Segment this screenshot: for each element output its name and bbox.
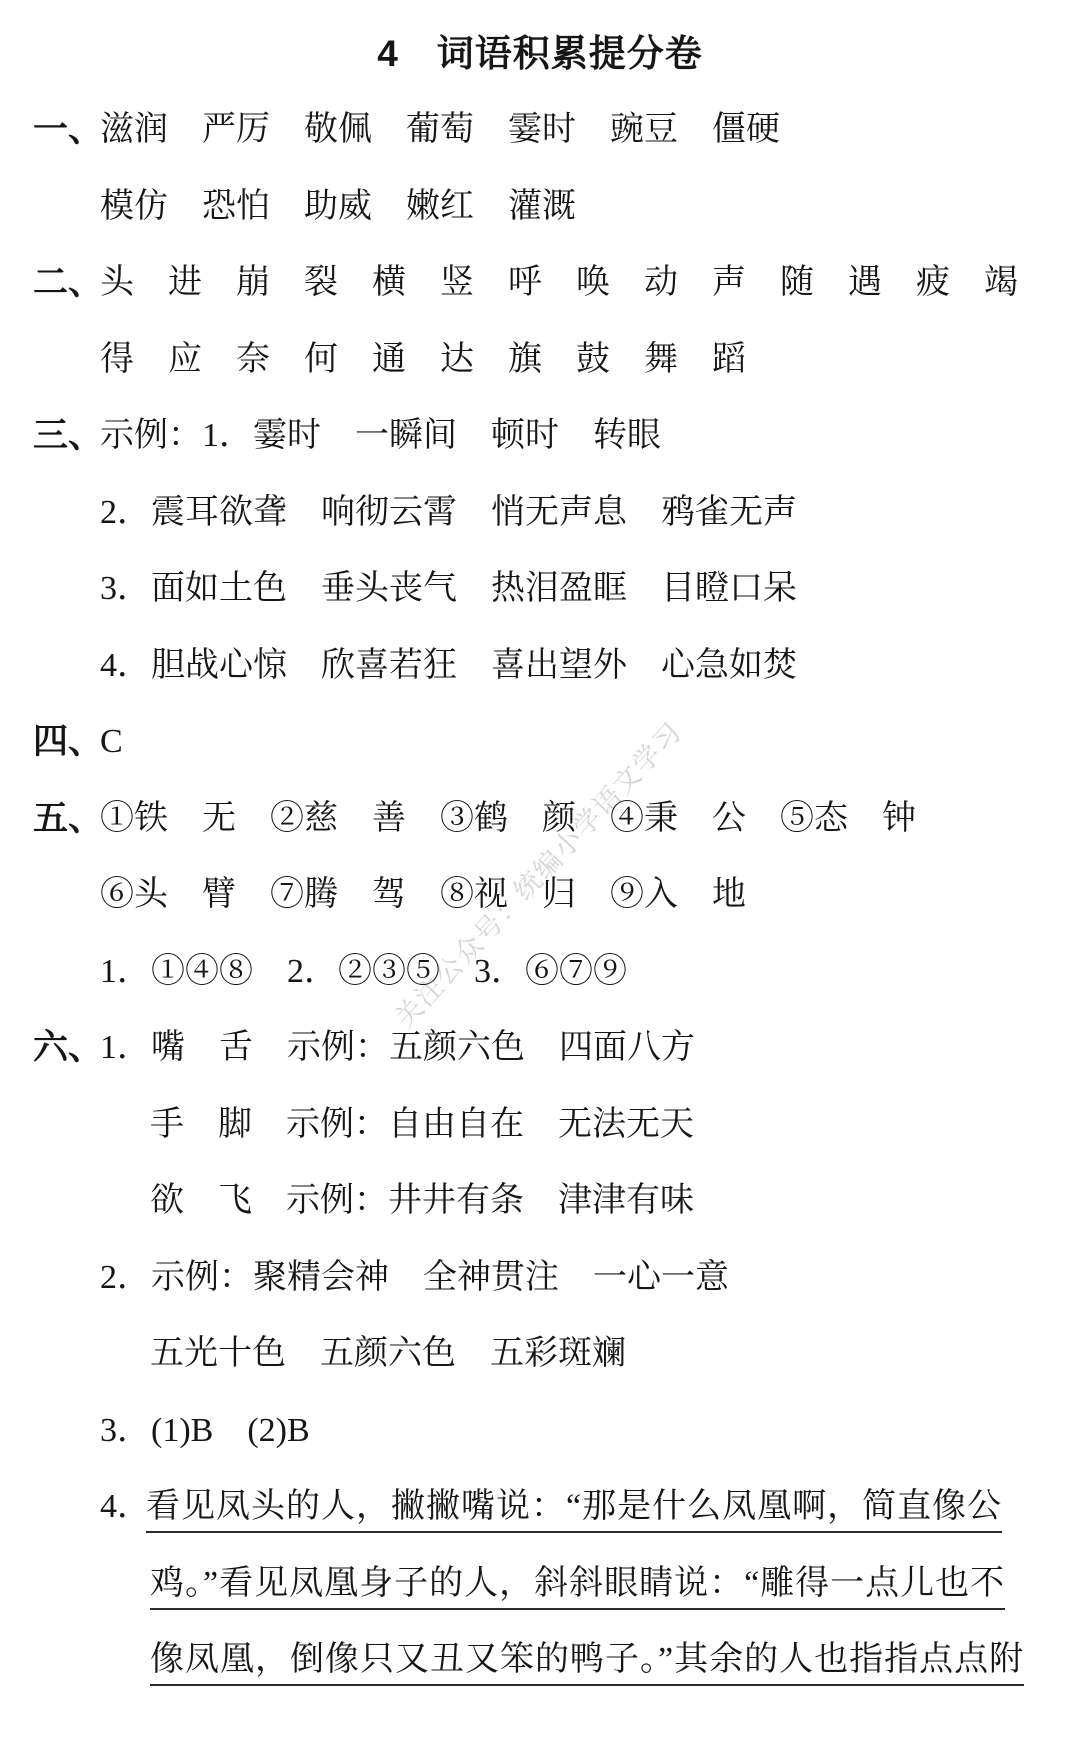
answer-line: 一、滋润 严厉 敬佩 葡萄 霎时 豌豆 僵硬 — [0, 92, 1080, 169]
line-text: C — [100, 723, 123, 760]
line-text: 头 进 崩 裂 横 竖 呼 唤 动 声 随 遇 疲 竭 — [100, 264, 1018, 301]
line-text: ①铁 无 ②慈 善 ③鹤 颜 ④秉 公 ⑤态 钟 — [100, 800, 916, 837]
answer-line: 4．胆战心惊 欣喜若狂 喜出望外 心急如焚 — [0, 628, 1080, 705]
line-text: 鸡。”看见凤凰身子的人，斜斜眼睛说：“雕得一点儿也不 — [150, 1565, 1005, 1610]
line-text: 1．嘴 舌 示例：五颜六色 四面八方 — [100, 1029, 695, 1066]
section-marker: 六、 — [33, 1010, 103, 1087]
answer-line: 五、①铁 无 ②慈 善 ③鹤 颜 ④秉 公 ⑤态 钟 — [0, 781, 1080, 858]
answer-line: ⑥头 臂 ⑦腾 驾 ⑧视 归 ⑨入 地 — [0, 857, 1080, 934]
answer-line: 得 应 奈 何 通 达 旗 鼓 舞 蹈 — [0, 322, 1080, 399]
answer-line: 3．(1)B (2)B — [0, 1393, 1080, 1470]
answer-line: 3．面如土色 垂头丧气 热泪盈眶 目瞪口呆 — [0, 551, 1080, 628]
answer-line: 手 脚 示例：自由自在 无法无天 — [0, 1087, 1080, 1164]
answer-line: 2．震耳欲聋 响彻云霄 悄无声息 鸦雀无声 — [0, 475, 1080, 552]
section-marker: 五、 — [33, 781, 103, 858]
line-text: 滋润 严厉 敬佩 葡萄 霎时 豌豆 僵硬 — [100, 111, 780, 148]
line-text: 示例：1．霎时 一瞬间 顿时 转眼 — [100, 417, 661, 454]
answer-line: 二、头 进 崩 裂 横 竖 呼 唤 动 声 随 遇 疲 竭 — [0, 245, 1080, 322]
answer-line: 五光十色 五颜六色 五彩斑斓 — [0, 1316, 1080, 1393]
answer-line: 鸡。”看见凤凰身子的人，斜斜眼睛说：“雕得一点儿也不 — [0, 1546, 1080, 1623]
section-marker: 四、 — [33, 704, 103, 781]
line-text: 2．示例：聚精会神 全神贯注 一心一意 — [100, 1259, 729, 1296]
answer-line: 1．①④⑧ 2．②③⑤ 3．⑥⑦⑨ — [0, 934, 1080, 1011]
line-text: 2．震耳欲聋 响彻云霄 悄无声息 鸦雀无声 — [100, 494, 797, 531]
section-marker: 二、 — [33, 245, 103, 322]
item-number: 4． — [100, 1469, 146, 1546]
line-text: 欲 飞 示例：井井有条 津津有味 — [150, 1182, 694, 1219]
answer-line: 欲 飞 示例：井井有条 津津有味 — [0, 1163, 1080, 1240]
line-text: 3．(1)B (2)B — [100, 1412, 310, 1449]
line-text: 4．胆战心惊 欣喜若狂 喜出望外 心急如焚 — [100, 647, 797, 684]
page-title: 4 词语积累提分卷 — [0, 0, 1080, 92]
section-marker: 一、 — [33, 92, 103, 169]
line-text: 1．①④⑧ 2．②③⑤ 3．⑥⑦⑨ — [100, 953, 627, 990]
answer-line: 像凤凰，倒像只又丑又笨的鸭子。”其余的人也指指点点附 — [0, 1622, 1080, 1699]
line-text: 3．面如土色 垂头丧气 热泪盈眶 目瞪口呆 — [100, 570, 797, 607]
answer-line: 六、1．嘴 舌 示例：五颜六色 四面八方 — [0, 1010, 1080, 1087]
answer-line: 四、C — [0, 704, 1080, 781]
answer-line: 模仿 恐怕 助威 嫩红 灌溉 — [0, 169, 1080, 246]
answer-sheet-page: 4 词语积累提分卷 一、滋润 严厉 敬佩 葡萄 霎时 豌豆 僵硬模仿 恐怕 助威… — [0, 0, 1080, 1743]
answer-lines: 一、滋润 严厉 敬佩 葡萄 霎时 豌豆 僵硬模仿 恐怕 助威 嫩红 灌溉二、头 … — [0, 92, 1080, 1699]
line-text: 模仿 恐怕 助威 嫩红 灌溉 — [100, 188, 576, 225]
line-text: ⑥头 臂 ⑦腾 驾 ⑧视 归 ⑨入 地 — [100, 876, 746, 913]
line-text: 像凤凰，倒像只又丑又笨的鸭子。”其余的人也指指点点附 — [150, 1641, 1024, 1686]
line-text: 五光十色 五颜六色 五彩斑斓 — [150, 1335, 626, 1372]
section-marker: 三、 — [33, 398, 103, 475]
line-text: 看见凤头的人，撇撇嘴说：“那是什么凤凰啊，简直像公 — [146, 1488, 1002, 1533]
answer-line: 2．示例：聚精会神 全神贯注 一心一意 — [0, 1240, 1080, 1317]
line-text: 得 应 奈 何 通 达 旗 鼓 舞 蹈 — [100, 341, 746, 378]
answer-line: 三、示例：1．霎时 一瞬间 顿时 转眼 — [0, 398, 1080, 475]
answer-line: 4．看见凤头的人，撇撇嘴说：“那是什么凤凰啊，简直像公 — [0, 1469, 1080, 1546]
line-text: 手 脚 示例：自由自在 无法无天 — [150, 1106, 694, 1143]
